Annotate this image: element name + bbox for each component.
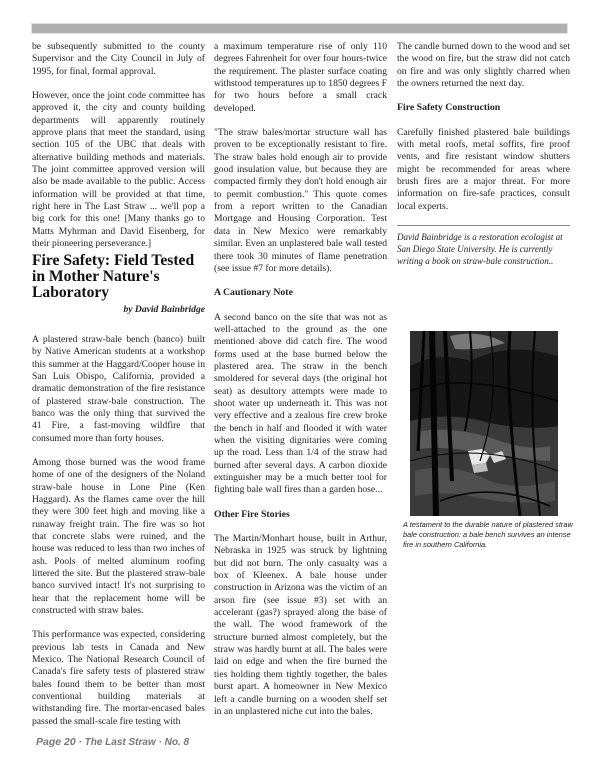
column-1: be subsequently submitted to the county … (32, 41, 205, 740)
page-footer: Page 20 · The Last Straw · No. 8 (36, 736, 189, 748)
paragraph: The candle burned down to the wood and s… (397, 41, 570, 90)
publication-name: The Last Straw (85, 737, 156, 748)
issue-number: No. 8 (165, 737, 189, 748)
section-heading: Fire Safety Construction (397, 102, 570, 114)
footer-separator: · (156, 737, 165, 748)
column-2: a maximum temperature rise of only 110 d… (214, 41, 387, 730)
paragraph: Carefully finished plastered bale buildi… (397, 127, 570, 213)
section-heading: Other Fire Stories (214, 509, 387, 521)
footer-separator: · (76, 737, 85, 748)
paragraph: A plastered straw-bale bench (banco) bui… (32, 334, 205, 445)
photo-caption: A testament to the durable nature of pla… (403, 520, 573, 550)
burned-bench-photo (410, 331, 558, 516)
article-title: Fire Safety: Field Tested in Mother Natu… (32, 253, 205, 301)
paragraph: This performance was expected, consideri… (32, 629, 205, 728)
paragraph: a maximum temperature rise of only 110 d… (214, 41, 387, 115)
author-bio: David Bainbridge is a restoration ecolog… (397, 225, 570, 267)
paragraph: The Martin/Monhart house, built in Arthu… (214, 533, 387, 718)
photo-illustration (410, 331, 558, 516)
section-heading: A Cautionary Note (214, 287, 387, 299)
byline: by David Bainbridge (32, 304, 205, 316)
paragraph: be subsequently submitted to the county … (32, 41, 205, 78)
paragraph: "The straw bales/mortar structure wall h… (214, 127, 387, 275)
page-number: Page 20 (36, 736, 76, 748)
paragraph: However, once the joint code committee h… (32, 90, 205, 250)
header-bar (31, 23, 568, 34)
paragraph: Among those burned was the wood frame ho… (32, 457, 205, 617)
paragraph: A second banco on the site that was not … (214, 312, 387, 497)
column-3: The candle burned down to the wood and s… (397, 41, 570, 267)
